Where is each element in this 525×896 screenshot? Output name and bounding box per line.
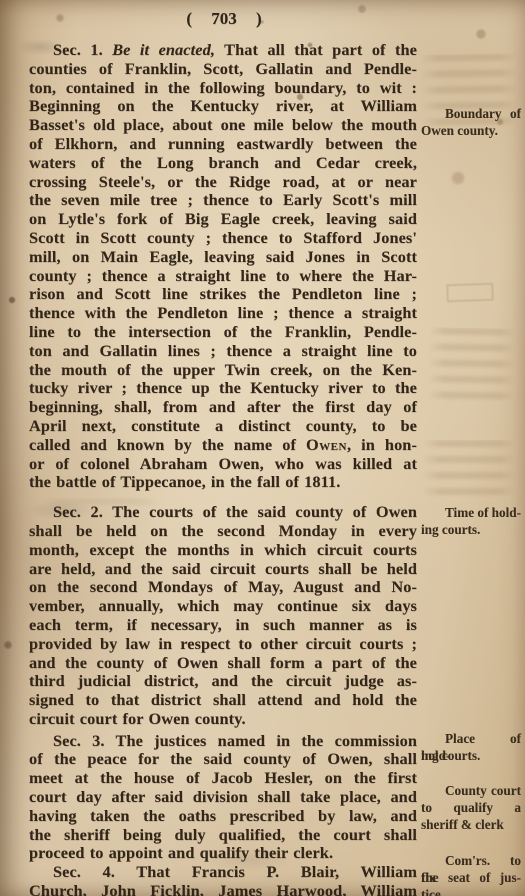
- text-segment: the sheriff being duly qualified, the co…: [29, 825, 417, 844]
- text-line: tucky river ; thence up the Kentucky riv…: [29, 379, 417, 398]
- text-line: Beginning on the Kentucky river, at Will…: [29, 97, 417, 116]
- text-line: ton and Gallatin lines ; thence a straig…: [29, 342, 417, 361]
- emphasized-text: Owen: [306, 435, 347, 454]
- section-4-paragraph: Sec. 4. That Francis P. Blair, WilliamCh…: [29, 863, 417, 896]
- text-line: beginning, shall, from and after the fir…: [29, 398, 417, 417]
- text-line: the sheriff being duly qualified, the co…: [29, 826, 417, 845]
- text-segment: proceed to appoint and qualify their cle…: [29, 843, 333, 862]
- text-segment: or of colonel Abraham Owen, who was kill…: [29, 454, 417, 473]
- text-segment: ton and Gallatin lines ; thence a straig…: [29, 341, 417, 360]
- bleedthrough-text-ghost: [422, 440, 516, 502]
- text-line: ing courts.: [421, 522, 521, 539]
- text-line: meet at the house of Jacob Hesler, on th…: [29, 769, 417, 788]
- text-segment: ing courts.: [421, 748, 480, 763]
- text-line: April next, constitute a distinct county…: [29, 417, 417, 436]
- section-1-paragraph: Sec. 1. Be it enacted, That all that par…: [29, 41, 417, 492]
- section-3-paragraph: Sec. 3. The justices named in the commis…: [29, 732, 417, 864]
- book-page: ( 703 ) Sec. 1. Be it enacted, That all …: [0, 0, 525, 896]
- margin-note-time-of-holding-courts: Time of hold-ing courts.: [421, 505, 521, 539]
- text-line: the seven mile tree ; thence to Early Sc…: [29, 191, 417, 210]
- emphasized-text: Be it enacted,: [112, 40, 215, 59]
- text-line: thence with the Pendleton line ; thence …: [29, 304, 417, 323]
- text-line: month, except the months in which circui…: [29, 541, 417, 560]
- text-segment: That all that part of the: [215, 40, 417, 59]
- text-segment: the seven mile tree ; thence to Early Sc…: [29, 190, 417, 209]
- text-line: the battle of Tippecanoe, in the fall of…: [29, 473, 417, 492]
- text-line: and the county of Owen shall form a part…: [29, 654, 417, 673]
- text-line: county ; thence a straight line to where…: [29, 267, 417, 286]
- text-line: third judicial district, and the circuit…: [29, 672, 417, 691]
- text-line: signed to that district shall attend and…: [29, 691, 417, 710]
- text-line: tice.: [421, 887, 521, 896]
- text-line: Basset's old place, about one mile below…: [29, 116, 417, 135]
- text-line: proceed to appoint and qualify their cle…: [29, 844, 417, 863]
- text-line: Scott in Scott county ; thence to Staffo…: [29, 229, 417, 248]
- text-segment: called and known by the name of: [29, 435, 306, 454]
- text-line: shall be held on the second Monday in ev…: [29, 522, 417, 541]
- text-line: on the second Mondays of May, August and…: [29, 578, 417, 597]
- bleedthrough-mark: [447, 283, 494, 302]
- text-segment: Sec. 2. The courts of the said county of…: [53, 502, 417, 521]
- text-segment: rison and Scott line strikes the Pendlet…: [29, 284, 417, 303]
- text-line: Time of hold-: [421, 505, 521, 522]
- text-segment: , in hon-: [347, 435, 417, 454]
- text-segment: Sec. 3. The justices named in the commis…: [53, 731, 417, 750]
- text-segment: signed to that district shall attend and…: [29, 690, 417, 709]
- text-segment: on Lytle's fork of Big Eagle creek, leav…: [29, 209, 417, 228]
- text-segment: counties of Franklin, Scott, Gallatin an…: [29, 59, 417, 78]
- text-segment: crossing Steele's, or the Ridge road, at…: [29, 172, 417, 191]
- text-segment: meet at the house of Jacob Hesler, on th…: [29, 768, 417, 787]
- text-segment: third judicial district, and the circuit…: [29, 671, 417, 690]
- text-line: ton, contained in the following boundary…: [29, 79, 417, 98]
- text-segment: Church, John Ficklin, James Harwood, Wil…: [29, 881, 417, 896]
- bleedthrough-text-ghost: [427, 327, 516, 405]
- text-segment: Time of hold-: [445, 505, 521, 520]
- text-segment: the mouth of the upper Twin creek, on th…: [29, 360, 417, 379]
- text-segment: thence with the Pendleton line ; thence …: [29, 303, 417, 322]
- margin-note-boundary-of-owen-county: Boundary ofOwen county.: [421, 106, 521, 140]
- section-2-paragraph: Sec. 2. The courts of the said county of…: [29, 503, 417, 729]
- text-segment: to qualify a: [421, 800, 521, 815]
- text-segment: the battle of Tippecanoe, in the fall of…: [29, 472, 340, 491]
- text-segment: Basset's old place, about one mile below…: [29, 115, 417, 134]
- text-segment: Scott in Scott county ; thence to Staffo…: [29, 228, 417, 247]
- page-number: ( 703 ): [186, 9, 261, 28]
- text-segment: ing courts.: [421, 522, 480, 537]
- text-line: on Lytle's fork of Big Eagle creek, leav…: [29, 210, 417, 229]
- text-segment: on the second Mondays of May, August and…: [29, 577, 417, 596]
- text-segment: Owen county.: [421, 123, 498, 138]
- text-line: called and known by the name of Owen, in…: [29, 436, 417, 455]
- text-line: or of colonel Abraham Owen, who was kill…: [29, 455, 417, 474]
- text-line: ing courts.: [421, 748, 521, 765]
- main-text-column: Sec. 1. Be it enacted, That all that par…: [29, 41, 417, 896]
- text-line: mill, on Main Eagle, leaving said Jones …: [29, 248, 417, 267]
- text-line: counties of Franklin, Scott, Gallatin an…: [29, 60, 417, 79]
- text-line: each term, if necessary, in such manner …: [29, 616, 417, 635]
- text-line: crossing Steele's, or the Ridge road, at…: [29, 173, 417, 192]
- text-segment: are held, and the said circuit courts sh…: [29, 559, 417, 578]
- text-segment: county ; thence a straight line to where…: [29, 266, 417, 285]
- text-line: sheriff & clerk: [421, 817, 521, 834]
- text-segment: ton, contained in the following boundary…: [29, 78, 417, 97]
- text-segment: sheriff & clerk: [421, 817, 504, 832]
- text-line: rison and Scott line strikes the Pendlet…: [29, 285, 417, 304]
- text-segment: waters of the Long branch and Cedar cree…: [29, 153, 417, 172]
- text-line: Boundary of: [421, 106, 521, 123]
- text-line: vember, annually, which may continue six…: [29, 597, 417, 616]
- text-segment: Sec. 1.: [53, 40, 112, 59]
- text-segment: mill, on Main Eagle, leaving said Jones …: [29, 247, 417, 266]
- text-segment: of Elkhorn, and running eastwardly betwe…: [29, 134, 417, 153]
- text-line: are held, and the said circuit courts sh…: [29, 560, 417, 579]
- text-segment: having taken the oaths prescribed by law…: [29, 806, 417, 825]
- text-segment: circuit court for Owen county.: [29, 709, 246, 728]
- text-line: waters of the Long branch and Cedar cree…: [29, 154, 417, 173]
- text-line: having taken the oaths prescribed by law…: [29, 807, 417, 826]
- margin-note-place-of-holding-courts: Place of hold-ing courts.: [421, 731, 521, 765]
- text-line: line to the intersection of the Franklin…: [29, 323, 417, 342]
- text-line: County court: [421, 783, 521, 800]
- text-segment: vember, annually, which may continue six…: [29, 596, 417, 615]
- text-line: of the peace for the said county of Owen…: [29, 750, 417, 769]
- text-segment: the seat of jus-: [421, 870, 521, 885]
- text-segment: of the peace for the said county of Owen…: [29, 749, 417, 768]
- text-segment: provided by law in respect to other circ…: [29, 634, 417, 653]
- text-segment: tucky river ; thence up the Kentucky riv…: [29, 378, 417, 397]
- text-line: the mouth of the upper Twin creek, on th…: [29, 361, 417, 380]
- text-line: to qualify a: [421, 800, 521, 817]
- text-segment: April next, constitute a distinct county…: [29, 416, 417, 435]
- text-line: Place of hold-: [421, 731, 521, 748]
- text-segment: beginning, shall, from and after the fir…: [29, 397, 417, 416]
- text-segment: line to the intersection of the Franklin…: [29, 322, 417, 341]
- margin-note-commissioners-fix-seat-of-justice: Com'rs. to fixthe seat of jus-tice.: [421, 853, 521, 896]
- text-segment: Beginning on the Kentucky river, at Will…: [29, 96, 417, 115]
- text-line: Sec. 4. That Francis P. Blair, William: [29, 863, 417, 882]
- text-line: Sec. 1. Be it enacted, That all that par…: [29, 41, 417, 60]
- text-segment: Sec. 4. That Francis P. Blair, William: [53, 862, 417, 881]
- text-segment: Boundary of: [445, 106, 521, 121]
- text-segment: County court: [445, 783, 521, 798]
- text-line: Sec. 3. The justices named in the commis…: [29, 732, 417, 751]
- text-line: Owen county.: [421, 123, 521, 140]
- margin-note-county-court-qualify-sheriff-clerk: County courtto qualify asheriff & clerk: [421, 783, 521, 834]
- text-segment: each term, if necessary, in such manner …: [29, 615, 417, 634]
- text-line: Church, John Ficklin, James Harwood, Wil…: [29, 882, 417, 896]
- text-line: Sec. 2. The courts of the said county of…: [29, 503, 417, 522]
- text-line: the seat of jus-: [421, 870, 521, 887]
- text-segment: month, except the months in which circui…: [29, 540, 417, 559]
- text-line: provided by law in respect to other circ…: [29, 635, 417, 654]
- text-line: Com'rs. to fix: [421, 853, 521, 870]
- text-segment: tice.: [421, 887, 444, 896]
- text-segment: court day after said division shall take…: [29, 787, 417, 806]
- text-line: of Elkhorn, and running eastwardly betwe…: [29, 135, 417, 154]
- page-header: ( 703 ): [30, 9, 418, 29]
- text-segment: shall be held on the second Monday in ev…: [29, 521, 417, 540]
- text-line: court day after said division shall take…: [29, 788, 417, 807]
- text-line: circuit court for Owen county.: [29, 710, 417, 729]
- text-segment: and the county of Owen shall form a part…: [29, 653, 417, 672]
